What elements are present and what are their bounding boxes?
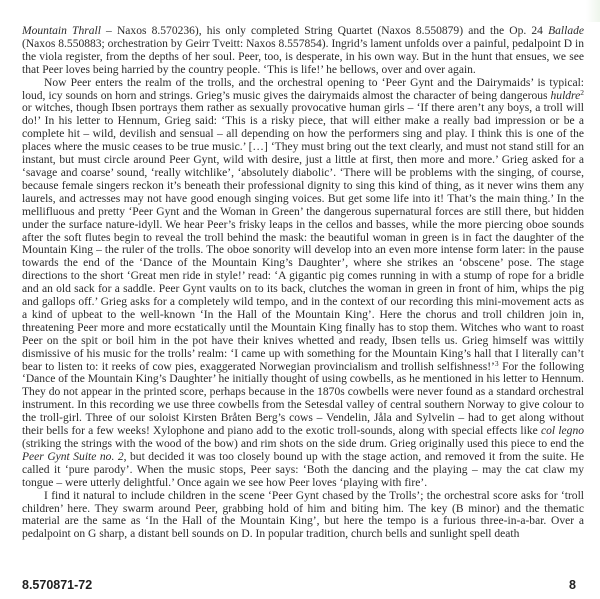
italic-title: Peer Gynt Suite no. 2 — [22, 451, 124, 463]
text-run: I find it natural to include children in… — [22, 490, 584, 541]
paragraph: Now Peer enters the realm of the trolls,… — [22, 77, 584, 490]
text-run: (striking the strings with the wood of t… — [22, 438, 584, 450]
text-run: or witches, though Ibsen portrays them r… — [22, 102, 584, 372]
text-run: Now Peer enters the realm of the trolls,… — [22, 77, 584, 102]
italic-title: Ballade — [548, 25, 584, 37]
text-run: – Naxos 8.570236), his only completed St… — [101, 25, 548, 37]
italic-title: huldre — [551, 90, 581, 102]
footnote-marker: 2 — [580, 88, 584, 97]
page-number: 8 — [569, 578, 576, 592]
paragraph: I find it natural to include children in… — [22, 490, 584, 542]
paragraph: Mountain Thrall – Naxos 8.570236), his o… — [22, 25, 584, 77]
page-footer: 8.570871-72 8 — [22, 578, 578, 594]
catalogue-number: 8.570871-72 — [22, 578, 92, 592]
italic-title: Mountain Thrall — [22, 25, 101, 37]
body-text: Mountain Thrall – Naxos 8.570236), his o… — [22, 25, 584, 541]
text-run: (Naxos 8.550883; orchestration by Geirr … — [22, 38, 584, 76]
scan-corner-tint — [586, 0, 600, 22]
italic-title: col legno — [541, 425, 584, 437]
